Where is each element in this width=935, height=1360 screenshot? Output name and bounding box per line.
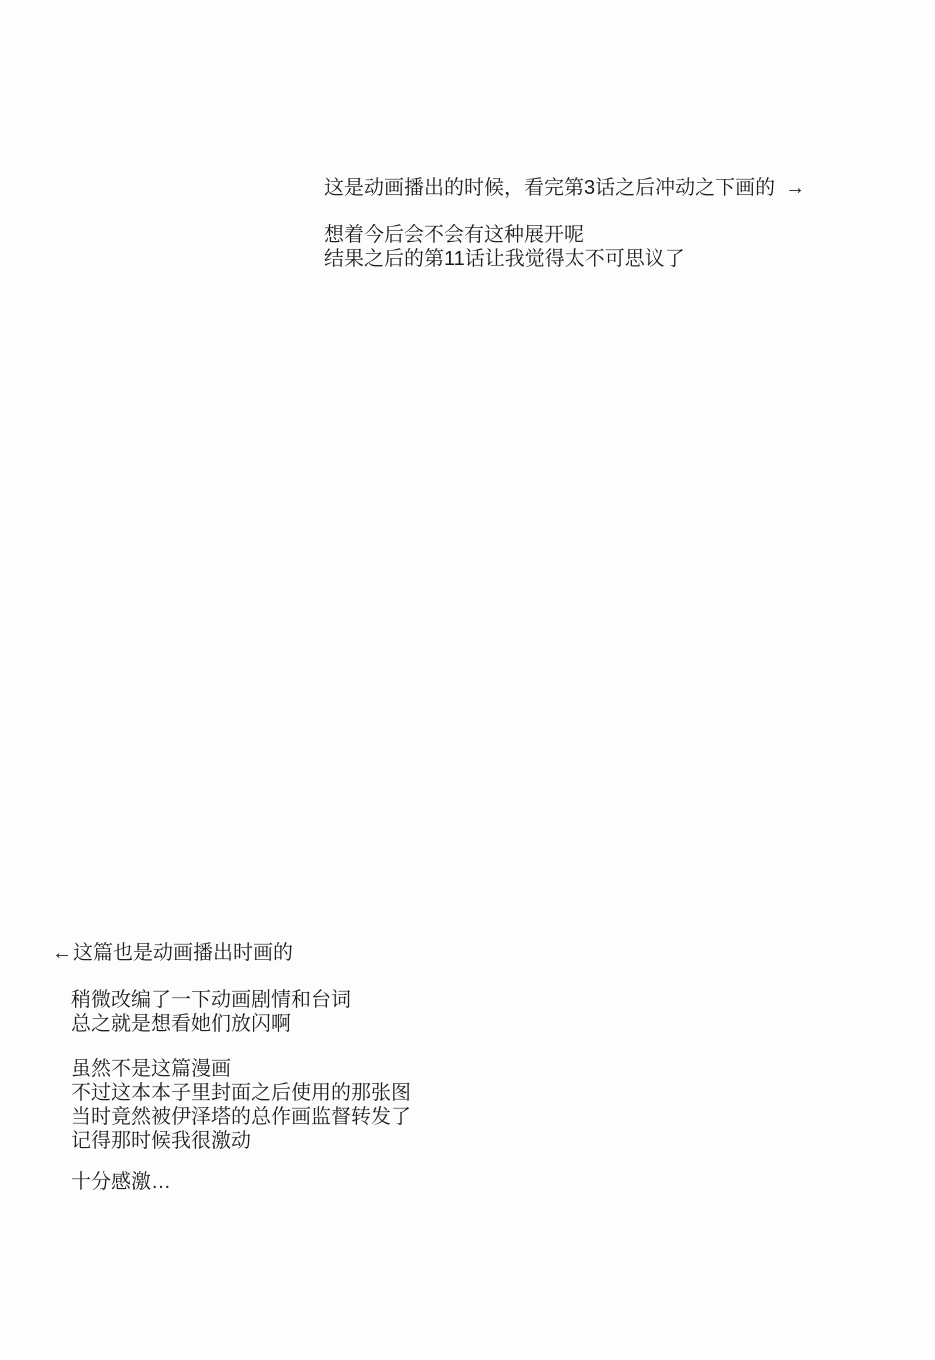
left-arrow-icon: ←: [52, 941, 72, 965]
bottom-note-para-3-line-3: 当时竟然被伊泽塔的总作画监督转发了: [71, 1105, 411, 1129]
afterword-page: 这是动画播出的时候，看完第3话之后冲动之下画的→ 想着今后会不会有这种展开呢 结…: [0, 0, 935, 1360]
bottom-note-para-2: 稍微改编了一下动画剧情和台词 总之就是想看她们放闪啊: [71, 988, 351, 1036]
top-note-line-1: 这是动画播出的时候，看完第3话之后冲动之下画的→: [324, 176, 805, 200]
right-arrow-icon: →: [785, 176, 805, 200]
bottom-note-para-1-text: 这篇也是动画播出时画的: [73, 942, 293, 964]
top-note-block: 这是动画播出的时候，看完第3话之后冲动之下画的→ 想着今后会不会有这种展开呢 结…: [324, 176, 805, 271]
top-note-line-2: 想着今后会不会有这种展开呢: [324, 223, 805, 247]
bottom-note-para-4: 十分感激…: [71, 1170, 171, 1194]
bottom-note-para-1: ←这篇也是动画播出时画的: [52, 941, 293, 965]
top-note-line-1-text: 这是动画播出的时候，看完第3话之后冲动之下画的: [324, 177, 775, 199]
bottom-note-para-2-line-1: 稍微改编了一下动画剧情和台词: [71, 988, 351, 1012]
bottom-note-para-2-line-2: 总之就是想看她们放闪啊: [71, 1012, 351, 1036]
bottom-note-para-3: 虽然不是这篇漫画 不过这本本子里封面之后使用的那张图 当时竟然被伊泽塔的总作画监…: [71, 1057, 411, 1153]
bottom-note-para-3-line-2: 不过这本本子里封面之后使用的那张图: [71, 1081, 411, 1105]
bottom-note-para-3-line-1: 虽然不是这篇漫画: [71, 1057, 411, 1081]
bottom-note-para-3-line-4: 记得那时候我很激动: [71, 1129, 411, 1153]
top-note-line-3: 结果之后的第11话让我觉得太不可思议了: [324, 247, 805, 271]
